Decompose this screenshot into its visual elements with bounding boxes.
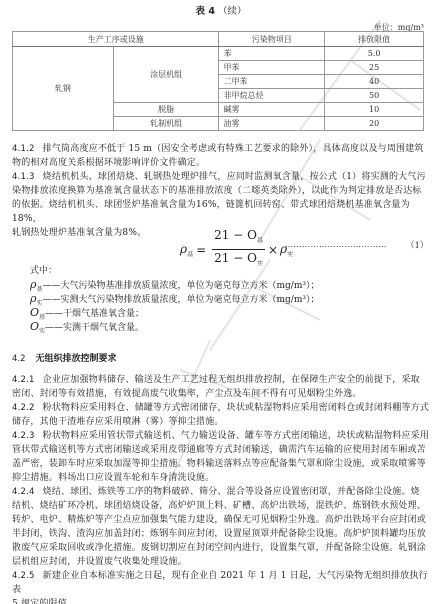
clause-text: 5 规定的限值。	[12, 597, 430, 604]
pollutant-cell: 二甲苯	[219, 75, 325, 89]
clause-text: 企业应加强物料储存、输送及生产工艺过程无组织排放控制，在保障生产安全的前提下，采…	[43, 375, 420, 385]
limit-cell: 40	[325, 75, 424, 89]
section-number: 4.2	[12, 354, 26, 364]
facility-cell: 轧制机组	[113, 117, 219, 131]
clause-text: 管状带式输送机等方式密闭输送或采用皮带通廊等方式封闭输送，确需汽车运输的应使用封…	[12, 443, 430, 457]
clause-4-2-4: 4.2.4烧结、球团、炼铁等工序的物料破碎、筛分、混合等设备应设置密闭罩，并配备…	[12, 485, 430, 569]
pollutant-cell: 非甲烷总烃	[219, 89, 325, 103]
clause-text: 层机组应封闭，并设置废气收集处理设施。	[12, 555, 430, 569]
emission-limits-table: 生产工序或设施 污染物项目 排放限值 轧钢 涂层机组 苯 5.0 甲苯 25 二…	[12, 31, 424, 131]
clause-number: 4.2.4	[12, 487, 35, 497]
header-pollutant: 污染物项目	[219, 32, 325, 47]
limit-cell: 25	[325, 61, 424, 75]
clause-text: 染物排放浓度换算为基准氧含量状态下的基准排放浓度（二噁英类除外），以此作为判定排…	[12, 184, 430, 198]
formula-1: ρ基 = 21 − O基 21 − O实 × ρ实	[180, 228, 293, 272]
clause-text: 散废气应采取回收或净化措施。废钢切割应在封闭空间内进行，设置集气罩，并配备除尘设…	[12, 541, 430, 555]
times-sign: ×	[268, 243, 278, 257]
definition-item: O实——实测干烟气氧含量。	[30, 320, 144, 339]
clause-text: 半封闭，铁沟、渣沟应加盖封闭；炼钢车间应封闭，设置屋顶罩并配备除尘设施。高炉炉顶…	[12, 527, 430, 541]
limit-cell: 20	[325, 117, 424, 131]
formula-fraction: 21 − O基 21 − O实	[212, 228, 265, 272]
clause-number: 4.2.2	[12, 403, 35, 413]
header-process: 生产工序或设施	[13, 32, 219, 47]
limit-cell: 10	[325, 103, 424, 117]
table-caption-number: 表 4	[196, 6, 215, 17]
clause-text: 粉状物料应采用管状带式输送机、气力输送设备、罐车等方式密闭输送，块状或粘湿物料应…	[43, 431, 429, 441]
clause-text: 储存，其他干渣堆存应采用喷淋（雾）等抑尘措施。	[12, 415, 430, 429]
clause-text: 排气筒高度应不低于 15 m（因安全考虑或有特殊工艺要求的除外），具体高度以及与…	[43, 144, 424, 154]
section-title: 无组织排放控制要求	[36, 354, 117, 364]
pollutant-cell: 甲苯	[219, 61, 325, 75]
clause-4-1-2: 4.1.2排气筒高度应不低于 15 m（因安全考虑或有特殊工艺要求的除外），具体…	[12, 142, 430, 170]
clause-number: 4.2.3	[12, 431, 35, 441]
formula-lhs: ρ基	[180, 242, 193, 258]
facility-cell: 脱脂	[113, 103, 219, 117]
clause-text: 转炉、电炉、精炼炉等产尘点应加强集气能力建设，确保无可见烟粉尘外逸。高炉出铁场平…	[12, 513, 430, 527]
pollutant-cell: 油雾	[219, 117, 325, 131]
header-limit: 排放限值	[325, 32, 424, 47]
process-cell: 轧钢	[13, 47, 114, 131]
clause-text: 物的相对高度关系根据环境影响评价文件确定。	[12, 156, 430, 170]
clause-number: 4.2.5	[12, 571, 35, 581]
table-row: 轧钢 涂层机组 苯 5.0	[13, 47, 424, 61]
clause-text: 盖严密，装卸车时应采取加湿等抑尘措施。物料输送落料点等应配备集气罩和除尘设施，或…	[12, 457, 430, 471]
clause-text: 结机、烧结矿环冷机、球团焙烧设备，高炉炉顶上料、矿槽、高炉出铁场，混铁炉、炼钢铁…	[12, 499, 430, 513]
pollutant-cell: 苯	[219, 47, 325, 61]
formula-leader-dots: ………………………………	[285, 240, 387, 249]
clause-text: 抑尘措施。料场出口应设置车轮和车身清洗设施。	[12, 471, 430, 485]
where-label: 式中：	[30, 264, 57, 278]
clause-text: 烧结、球团、炼铁等工序的物料破碎、筛分、混合等设备应设置密闭罩，并配备除尘设施。…	[43, 487, 420, 497]
clause-text: 粉状物料应采用料仓、储罐等方式密闭储存，块状或粘湿物料应采用密闭料仓或封闭料棚等…	[43, 403, 429, 413]
clause-4-2-1: 4.2.1企业应加强物料储存、输送及生产工艺过程无组织排放控制，在保障生产安全的…	[12, 373, 430, 401]
limit-cell: 5.0	[325, 47, 424, 61]
clause-number: 4.1.2	[12, 144, 35, 154]
table-caption-continued: （续）	[218, 6, 247, 17]
clause-text: 新建企业自本标准实施之日起，现有企业自 2021 年 1 月 1 日起，大气污染…	[12, 571, 428, 595]
table-header-row: 生产工序或设施 污染物项目 排放限值	[13, 32, 424, 47]
clause-number: 4.2.1	[12, 375, 35, 385]
clause-text: 密闭、封闭等有效措施，有效提高废气收集率，产尘点及车间不得有可见烟粉尘外逸。	[12, 387, 430, 401]
equation-number: （1）	[406, 239, 428, 251]
clause-text: 的依据。烧结机机头、球团竖炉基准氧含量为16%，链篦机回转窑、带式球团焙烧机基准…	[12, 198, 430, 226]
clause-number: 4.1.3	[12, 172, 35, 182]
section-heading-4-2: 4.2无组织排放控制要求	[12, 351, 117, 364]
limit-cell: 50	[325, 89, 424, 103]
clause-text: 烧结机机头、球团焙烧、轧钢热处理炉排气，应同时监测氧含量，按公式（1）将实测的大…	[43, 172, 426, 182]
clause-4-2-2: 4.2.2粉状物料应采用料仓、储罐等方式密闭储存，块状或粘湿物料应采用密闭料仓或…	[12, 401, 430, 429]
table-caption: 表 4 （续）	[0, 3, 442, 17]
pollutant-cell: 碱雾	[219, 103, 325, 117]
clause-4-2-3: 4.2.3粉状物料应采用管状带式输送机、气力输送设备、罐车等方式密闭输送，块状或…	[12, 429, 430, 485]
facility-cell: 涂层机组	[113, 47, 219, 103]
clause-4-2-5: 4.2.5新建企业自本标准实施之日起，现有企业自 2021 年 1 月 1 日起…	[12, 569, 430, 604]
